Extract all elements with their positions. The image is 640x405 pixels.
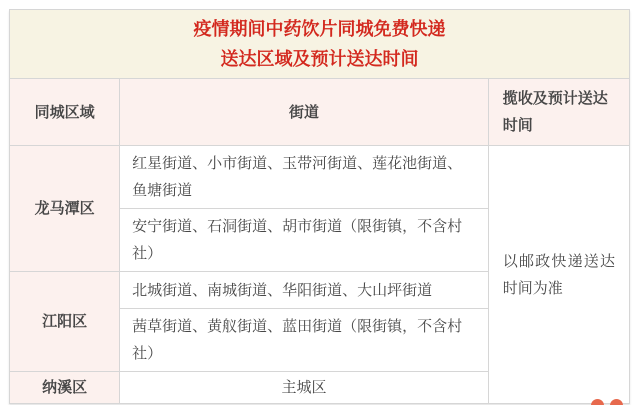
title-row: 疫情期间中药饮片同城免费快递 送达区域及预计送达时间 <box>10 10 630 79</box>
header-region: 同城区域 <box>10 79 120 146</box>
table-row: 龙马潭区 红星街道、小市街道、玉带河街道、莲花池街道、鱼塘街道 以邮政快递送达时… <box>10 146 630 209</box>
region-jiangyang: 江阳区 <box>10 272 120 372</box>
delivery-time-cell: 以邮政快递送达时间为准 <box>488 146 629 404</box>
table-title-line2: 送达区域及预计送达时间 <box>10 44 629 74</box>
header-time: 揽收及预计送达时间 <box>488 79 629 146</box>
table-title-line1: 疫情期间中药饮片同城免费快递 <box>10 14 629 44</box>
header-street: 街道 <box>120 79 489 146</box>
red-dot-decoration-2 <box>610 399 623 405</box>
streets-longmatan-2: 安宁街道、石洞街道、胡市街道（限街镇，不含村社） <box>120 209 489 272</box>
page: { "title": { "line1": "疫情期间中药饮片同城免费快递", … <box>0 0 640 405</box>
region-longmatan: 龙马潭区 <box>10 146 120 272</box>
delivery-table: 疫情期间中药饮片同城免费快递 送达区域及预计送达时间 同城区域 街道 揽收及预计… <box>9 9 630 404</box>
red-dot-decoration-1 <box>591 399 604 405</box>
region-naxi: 纳溪区 <box>10 372 120 404</box>
streets-longmatan-1: 红星街道、小市街道、玉带河街道、莲花池街道、鱼塘街道 <box>120 146 489 209</box>
streets-jiangyang-1: 北城街道、南城街道、华阳街道、大山坪街道 <box>120 272 489 309</box>
streets-naxi-1: 主城区 <box>120 372 489 404</box>
table-title: 疫情期间中药饮片同城免费快递 送达区域及预计送达时间 <box>10 10 630 79</box>
delivery-table-container: 疫情期间中药饮片同城免费快递 送达区域及预计送达时间 同城区域 街道 揽收及预计… <box>9 9 630 404</box>
streets-jiangyang-2: 茜草街道、黄舣街道、蓝田街道（限街镇，不含村社） <box>120 309 489 372</box>
header-row: 同城区域 街道 揽收及预计送达时间 <box>10 79 630 146</box>
